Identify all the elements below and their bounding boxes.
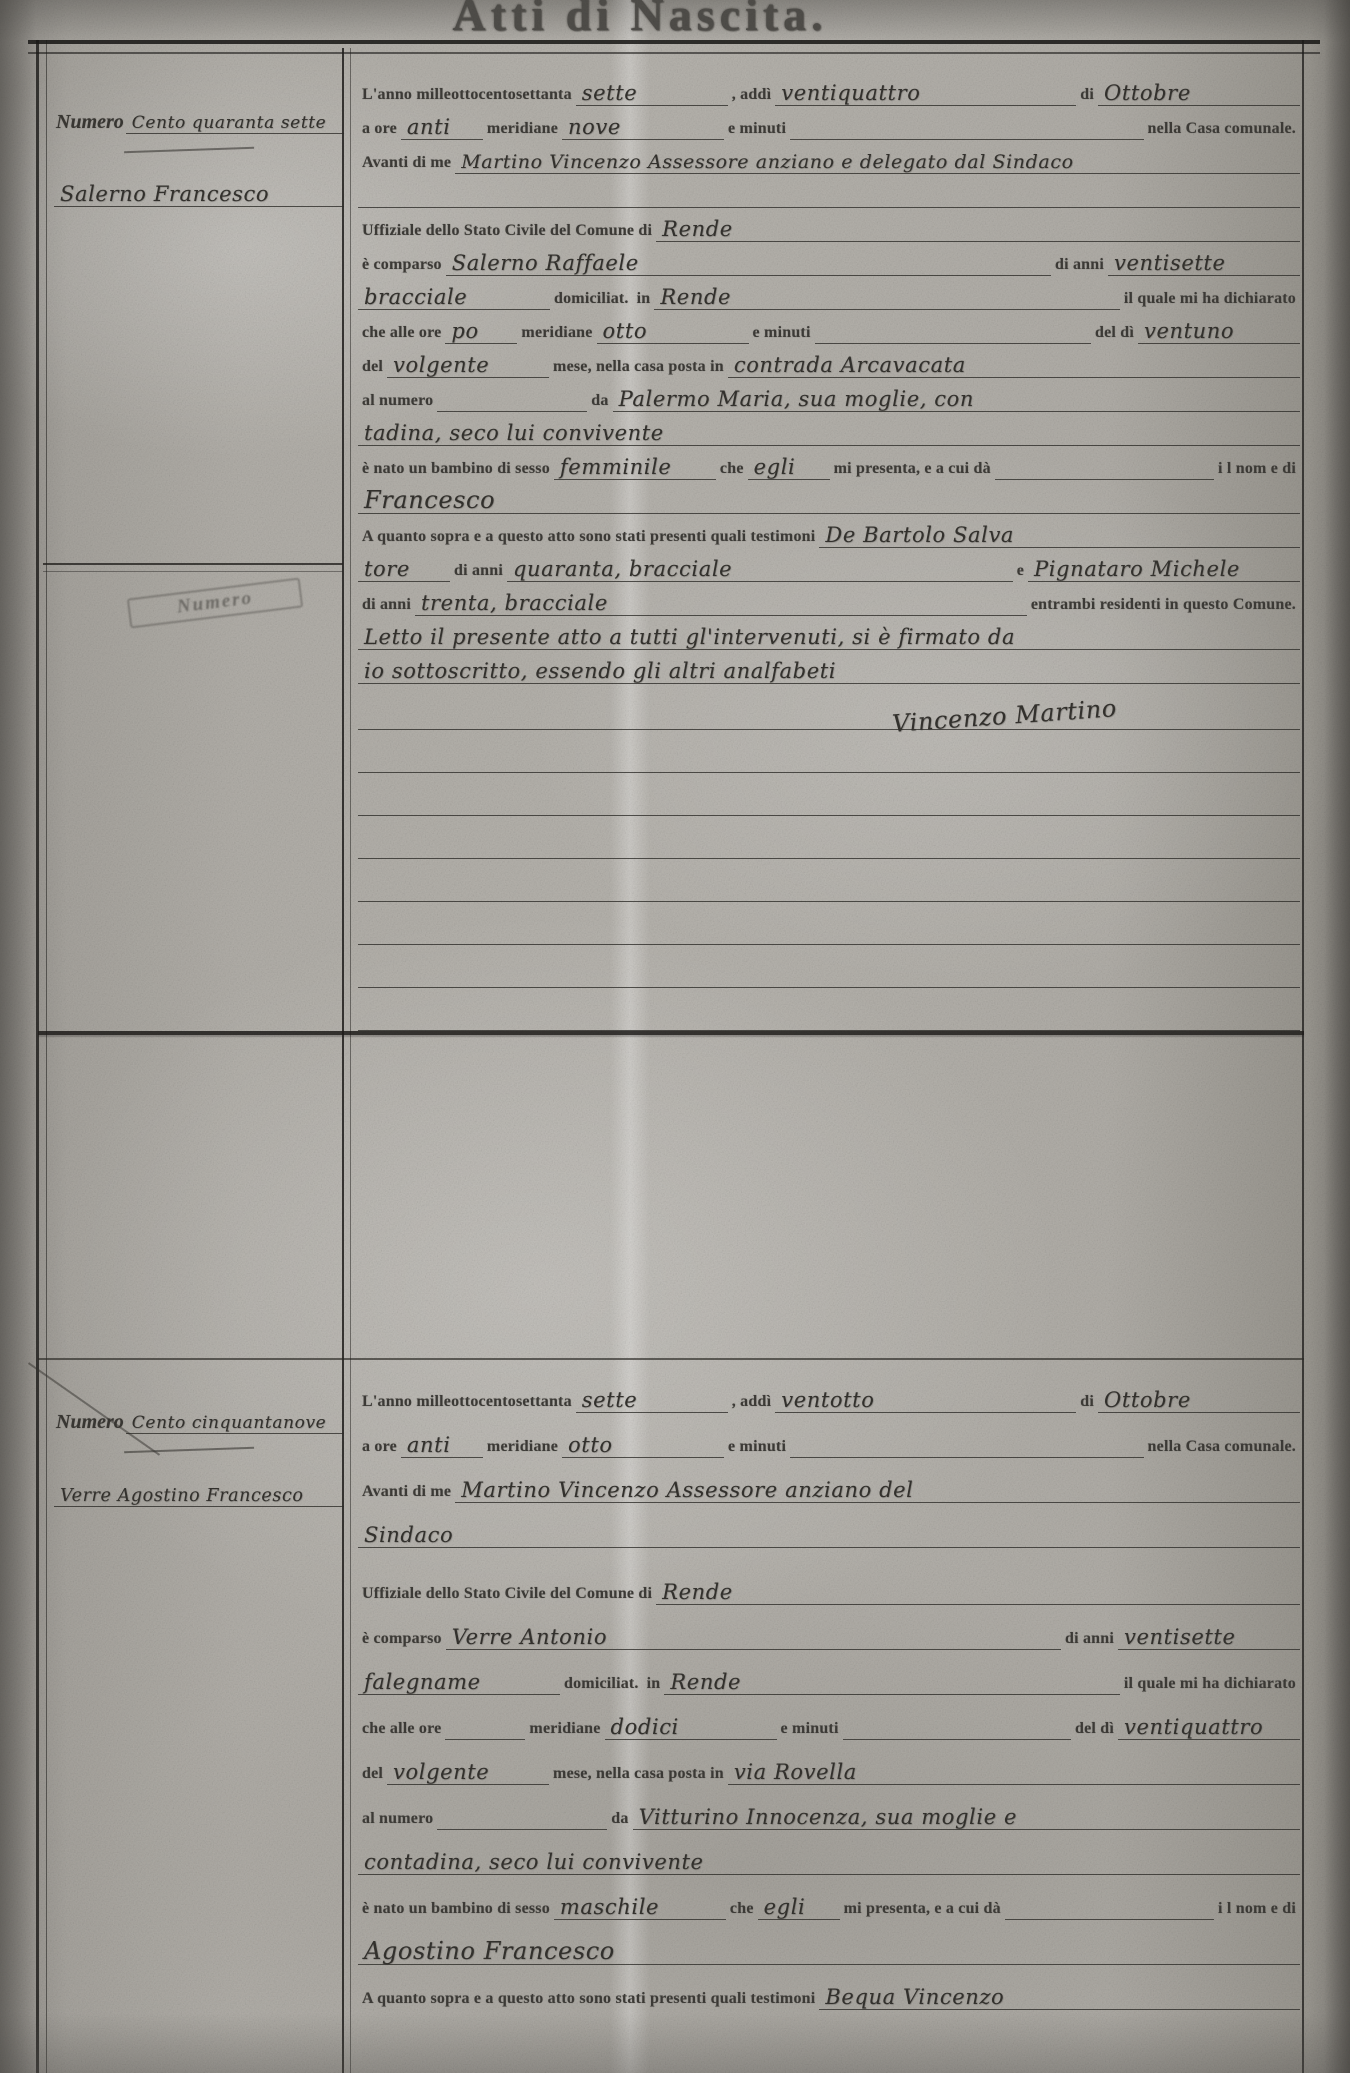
ruled-blank <box>358 987 1300 988</box>
birth-record-2: L'anno milleottocentosettanta sette , ad… <box>358 1368 1300 2010</box>
anno-hw: sette <box>576 83 728 106</box>
ruled-blank <box>790 1457 1143 1458</box>
form-line-testimoni-3: di anni trenta, bracciale entrambi resid… <box>358 582 1300 616</box>
in-label: in <box>633 291 655 310</box>
professione-hw: bracciale <box>358 287 550 310</box>
form-line-avanti: Avanti di me Martino Vincenzo Assessore … <box>358 1458 1300 1503</box>
nome-bambino-hw: Francesco <box>358 488 1300 514</box>
form-line-madre-2: tadina, seco lui convivente <box>358 412 1300 446</box>
presenta-label: mi presenta, e a cui dà <box>830 461 995 480</box>
madre-hw: Vitturino Innocenza, sua moglie e <box>633 1807 1300 1830</box>
uffiziale-label: Uffiziale dello Stato Civile del Comune … <box>358 223 656 242</box>
e-label: e <box>1013 563 1028 582</box>
form-line-testimoni-2: tore di anni quaranta, bracciale e Pigna… <box>358 548 1300 582</box>
ruled-blank <box>358 901 1300 902</box>
ruled-blank <box>790 139 1143 140</box>
sesso-hw: maschile <box>554 1897 726 1920</box>
form-line-avanti: Avanti di me Martino Vincenzo Assessore … <box>358 140 1300 174</box>
form-line-madre: al numero da Palermo Maria, sua moglie, … <box>358 378 1300 412</box>
faint-stamp: Numero <box>127 578 303 629</box>
casa-comunale-label: nella Casa comunale. <box>1144 121 1300 140</box>
ruled-blank <box>358 1030 1300 1031</box>
form-line-testimoni: A quanto sopra e a questo atto sono stat… <box>358 514 1300 548</box>
ora-hw: nove <box>562 117 724 140</box>
casa-comunale-label: nella Casa comunale. <box>1144 1439 1300 1458</box>
eta-testimone2-hw: trenta, bracciale <box>415 593 1027 616</box>
line-gap <box>358 1548 1300 1560</box>
ruled-blank <box>995 479 1214 480</box>
e-minuti-label: e minuti <box>724 121 790 140</box>
presenta-label: mi presenta, e a cui dà <box>840 1901 1005 1920</box>
egli-hw: egli <box>758 1897 840 1920</box>
del-di-label: del dì <box>1091 325 1138 344</box>
che-label: che <box>726 1901 758 1920</box>
testimoni-label: A quanto sopra e a questo atto sono stat… <box>358 529 819 548</box>
testimone2-hw: Pignataro Michele <box>1028 559 1300 582</box>
numero-label: Numero <box>54 1412 126 1434</box>
margin-column-divider <box>342 48 351 2073</box>
meridiane-label: meridiane <box>483 1439 562 1458</box>
record1-numero-value: Cento quaranta sette <box>126 115 344 134</box>
testimone1-hw-2: tore <box>358 559 450 582</box>
form-line-comparso: è comparso Verre Antonio di anni ventise… <box>358 1605 1300 1650</box>
form-line-casa: del volgente mese, nella casa posta in c… <box>358 344 1300 378</box>
handwriting-flourish <box>124 1441 254 1454</box>
domicilio-hw: Rende <box>654 287 1119 310</box>
handwriting-flourish <box>124 141 254 154</box>
comparso-hw: Verre Antonio <box>446 1627 1061 1650</box>
eta-testimone1-hw: quaranta, bracciale <box>507 559 1013 582</box>
form-line-nome: Agostino Francesco <box>358 1920 1300 1965</box>
form-line-ora-nascita: che alle ore po meridiane otto e minuti … <box>358 310 1300 344</box>
form-line-nato: è nato un bambino di sesso femminile che… <box>358 446 1300 480</box>
form-line-anno: L'anno milleottocentosettanta sette , ad… <box>358 1368 1300 1413</box>
ruled-blank <box>358 944 1300 945</box>
record2-numero-value: Cento cinquantanove <box>126 1415 344 1434</box>
ruled-blank <box>437 411 587 412</box>
page-title: Atti di Nascita. <box>0 0 1280 41</box>
ruled-blank <box>437 1829 607 1830</box>
meridiane-label: meridiane <box>517 325 596 344</box>
da-label: da <box>607 1811 632 1830</box>
scan-edge-shadow-right <box>1324 0 1350 2073</box>
page-frame-top <box>28 40 1320 54</box>
nato-label: è nato un bambino di sesso <box>358 1901 554 1920</box>
form-line-uffiziale: Uffiziale dello Stato Civile del Comune … <box>358 1560 1300 1605</box>
ruled-blank <box>445 1739 525 1740</box>
addi-hw: ventotto <box>775 1390 1076 1413</box>
signature-rule: Vincenzo Martino <box>358 704 1300 730</box>
form-line-chiusa-2: io sottoscritto, essendo gli altri analf… <box>358 650 1300 684</box>
madre-hw-2: tadina, seco lui convivente <box>358 423 1300 446</box>
ruled-blank <box>1005 1919 1214 1920</box>
mese-rif-hw: volgente <box>387 1762 549 1785</box>
luogo-casa-hw: contrada Arcavacata <box>728 355 1300 378</box>
ora-nascita-prefix-hw: po <box>445 321 517 344</box>
mese-rif-hw: volgente <box>387 355 549 378</box>
domiciliato-label: domiciliat. <box>550 291 633 310</box>
domicilio-hw: Rende <box>664 1672 1119 1695</box>
form-line-ora-nascita: che alle ore meridiane dodici e minuti d… <box>358 1695 1300 1740</box>
scanned-birth-register-page: Atti di Nascita. Numero Cento quaranta s… <box>0 0 1350 2073</box>
form-line-ora: a ore anti meridiane nove e minuti nella… <box>358 106 1300 140</box>
comparso-label: è comparso <box>358 257 446 276</box>
testimone1-hw: Bequa Vincenzo <box>819 1987 1300 2010</box>
blank-ruled-line <box>358 902 1300 945</box>
ruled-blank <box>358 815 1300 816</box>
form-line-casa: del volgente mese, nella casa posta in v… <box>358 1740 1300 1785</box>
page-frame-right <box>1302 40 1309 2073</box>
ruled-blank <box>815 343 1091 344</box>
form-line-comparso: è comparso Salerno Raffaele di anni vent… <box>358 242 1300 276</box>
comparso-hw: Salerno Raffaele <box>446 253 1051 276</box>
comune-hw: Rende <box>656 1582 1300 1605</box>
di-anni-label: di anni <box>450 563 507 582</box>
addi-label: , addì <box>728 1394 775 1413</box>
dichiarato-label: il quale mi ha dichiarato <box>1120 291 1300 310</box>
avanti-label: Avanti di me <box>358 155 455 174</box>
avanti-label: Avanti di me <box>358 1484 455 1503</box>
mese-hw: Ottobre <box>1098 1390 1300 1413</box>
mese-casa-label: mese, nella casa posta in <box>549 1766 728 1785</box>
meridiane-label: meridiane <box>483 121 562 140</box>
a-ore-label: a ore <box>358 121 401 140</box>
record-separator-line <box>38 1031 1304 1035</box>
anno-label: L'anno milleottocentosettanta <box>358 87 576 106</box>
form-line-domicilio: bracciale domiciliat. in Rende il quale … <box>358 276 1300 310</box>
domiciliato-label: domiciliat. <box>560 1676 643 1695</box>
meridiane-label: meridiane <box>525 1721 604 1740</box>
form-line-madre: al numero da Vitturino Innocenza, sua mo… <box>358 1785 1300 1830</box>
e-minuti-label: e minuti <box>724 1439 790 1458</box>
record2-numero-row: Numero Cento cinquantanove <box>54 1396 344 1434</box>
testimone1-hw: De Bartolo Salva <box>819 525 1300 548</box>
di-label: di <box>1076 1394 1098 1413</box>
il-nome-label: i l nom e di <box>1214 1901 1300 1920</box>
che-alle-ore-label: che alle ore <box>358 1721 445 1740</box>
madre-hw: Palermo Maria, sua moglie, con <box>613 389 1300 412</box>
avanti-hw: Martino Vincenzo Assessore anziano e del… <box>455 153 1300 174</box>
di-label: di <box>1076 87 1098 106</box>
record1-numero-row: Numero Cento quaranta sette <box>54 96 344 134</box>
nome-bambino-hw: Agostino Francesco <box>358 1939 1300 1965</box>
del-label: del <box>358 359 387 378</box>
mese-hw: Ottobre <box>1098 83 1300 106</box>
mese-casa-label: mese, nella casa posta in <box>549 359 728 378</box>
eta-hw: ventisette <box>1118 1627 1300 1650</box>
e-minuti-label: e minuti <box>777 1721 843 1740</box>
ora-nascita-hw: otto <box>597 321 749 344</box>
form-line-chiusa: Letto il presente atto a tutti gl'interv… <box>358 616 1300 650</box>
al-numero-label: al numero <box>358 393 437 412</box>
blank-ruled-line <box>358 773 1300 816</box>
page-frame-left <box>36 40 47 2073</box>
record1-margin-name-row: Salerno Francesco <box>54 165 344 207</box>
testimoni-label: A quanto sopra e a questo atto sono stat… <box>358 1991 819 2010</box>
chiusa-hw: Letto il presente atto a tutti gl'interv… <box>358 627 1300 650</box>
form-line-ora: a ore anti meridiane otto e minuti nella… <box>358 1413 1300 1458</box>
form-line-avanti-2: Sindaco <box>358 1503 1300 1548</box>
giorno-nascita-hw: ventiquattro <box>1118 1717 1300 1740</box>
form-line-nome: Francesco <box>358 480 1300 514</box>
margin-column-rule <box>43 563 343 572</box>
uffiziale-label: Uffiziale dello Stato Civile del Comune … <box>358 1586 656 1605</box>
sesso-hw: femminile <box>554 457 716 480</box>
luogo-casa-hw: via Rovella <box>728 1762 1300 1785</box>
chiusa-hw-2: io sottoscritto, essendo gli altri analf… <box>358 661 1300 684</box>
al-numero-label: al numero <box>358 1811 437 1830</box>
blank-ruled-line <box>358 859 1300 902</box>
del-label: del <box>358 1766 387 1785</box>
blank-ruled-line <box>358 988 1300 1031</box>
nato-label: è nato un bambino di sesso <box>358 461 554 480</box>
che-alle-ore-label: che alle ore <box>358 325 445 344</box>
dichiarato-label: il quale mi ha dichiarato <box>1120 1676 1300 1695</box>
form-line-nato: è nato un bambino di sesso maschile che … <box>358 1875 1300 1920</box>
il-nome-label: i l nom e di <box>1214 461 1300 480</box>
blank-ruled-line <box>358 945 1300 988</box>
scan-edge-shadow-bottom <box>0 2013 1350 2073</box>
di-anni-label: di anni <box>1061 1631 1118 1650</box>
entrambi-label: entrambi residenti in questo Comune. <box>1027 597 1300 616</box>
che-label: che <box>716 461 748 480</box>
da-label: da <box>587 393 612 412</box>
ruled-blank <box>358 207 1300 208</box>
ore-prefix-hw: anti <box>401 117 483 140</box>
avanti-hw: Martino Vincenzo Assessore anziano del <box>455 1480 1300 1503</box>
blank-ruled-line <box>358 816 1300 859</box>
comune-hw: Rende <box>656 219 1300 242</box>
form-line-anno: L'anno milleottocentosettanta sette , ad… <box>358 72 1300 106</box>
comparso-label: è comparso <box>358 1631 446 1650</box>
giorno-nascita-hw: ventuno <box>1138 321 1300 344</box>
record1-margin-name: Salerno Francesco <box>54 184 344 207</box>
ruled-blank <box>843 1739 1071 1740</box>
form-line-uffiziale: Uffiziale dello Stato Civile del Comune … <box>358 208 1300 242</box>
scan-edge-shadow-left <box>0 0 36 2073</box>
ora-hw: otto <box>562 1435 724 1458</box>
addi-hw: ventiquattro <box>775 83 1076 106</box>
addi-label: , addì <box>728 87 775 106</box>
anno-hw: sette <box>576 1390 728 1413</box>
ruled-blank-line <box>358 174 1300 208</box>
ore-prefix-hw: anti <box>401 1435 483 1458</box>
del-di-label: del dì <box>1071 1721 1118 1740</box>
madre-hw-2: contadina, seco lui convivente <box>358 1852 1300 1875</box>
ruled-blank <box>358 772 1300 773</box>
form-line-domicilio: falegname domiciliat. in Rende il quale … <box>358 1650 1300 1695</box>
in-label: in <box>643 1676 665 1695</box>
avanti-hw-2: Sindaco <box>358 1525 1300 1548</box>
record2-margin-name: Verre Agostino Francesco <box>54 1488 344 1508</box>
e-minuti-label: e minuti <box>749 325 815 344</box>
di-anni-label: di anni <box>1051 257 1108 276</box>
form-line-madre-2: contadina, seco lui convivente <box>358 1830 1300 1875</box>
professione-hw: falegname <box>358 1672 560 1695</box>
ruled-blank <box>358 858 1300 859</box>
birth-record-1: L'anno milleottocentosettanta sette , ad… <box>358 72 1300 1031</box>
record1-margin: Numero Cento quaranta sette Salerno Fran… <box>54 96 344 207</box>
form-line-testimoni: A quanto sopra e a questo atto sono stat… <box>358 1965 1300 2010</box>
numero-label: Numero <box>54 112 126 134</box>
anno-label: L'anno milleottocentosettanta <box>358 1394 576 1413</box>
di-anni-label: di anni <box>358 597 415 616</box>
blank-ruled-line <box>358 730 1300 773</box>
record2-margin: Numero Cento cinquantanove Verre Agostin… <box>54 1396 344 1507</box>
record2-margin-name-row: Verre Agostino Francesco <box>54 1465 344 1507</box>
eta-hw: ventisette <box>1108 253 1300 276</box>
form-line-firma: Vincenzo Martino <box>358 684 1300 730</box>
ora-nascita-hw: dodici <box>605 1717 777 1740</box>
record2-top-line <box>38 1358 1304 1360</box>
a-ore-label: a ore <box>358 1439 401 1458</box>
egli-hw: egli <box>748 457 830 480</box>
